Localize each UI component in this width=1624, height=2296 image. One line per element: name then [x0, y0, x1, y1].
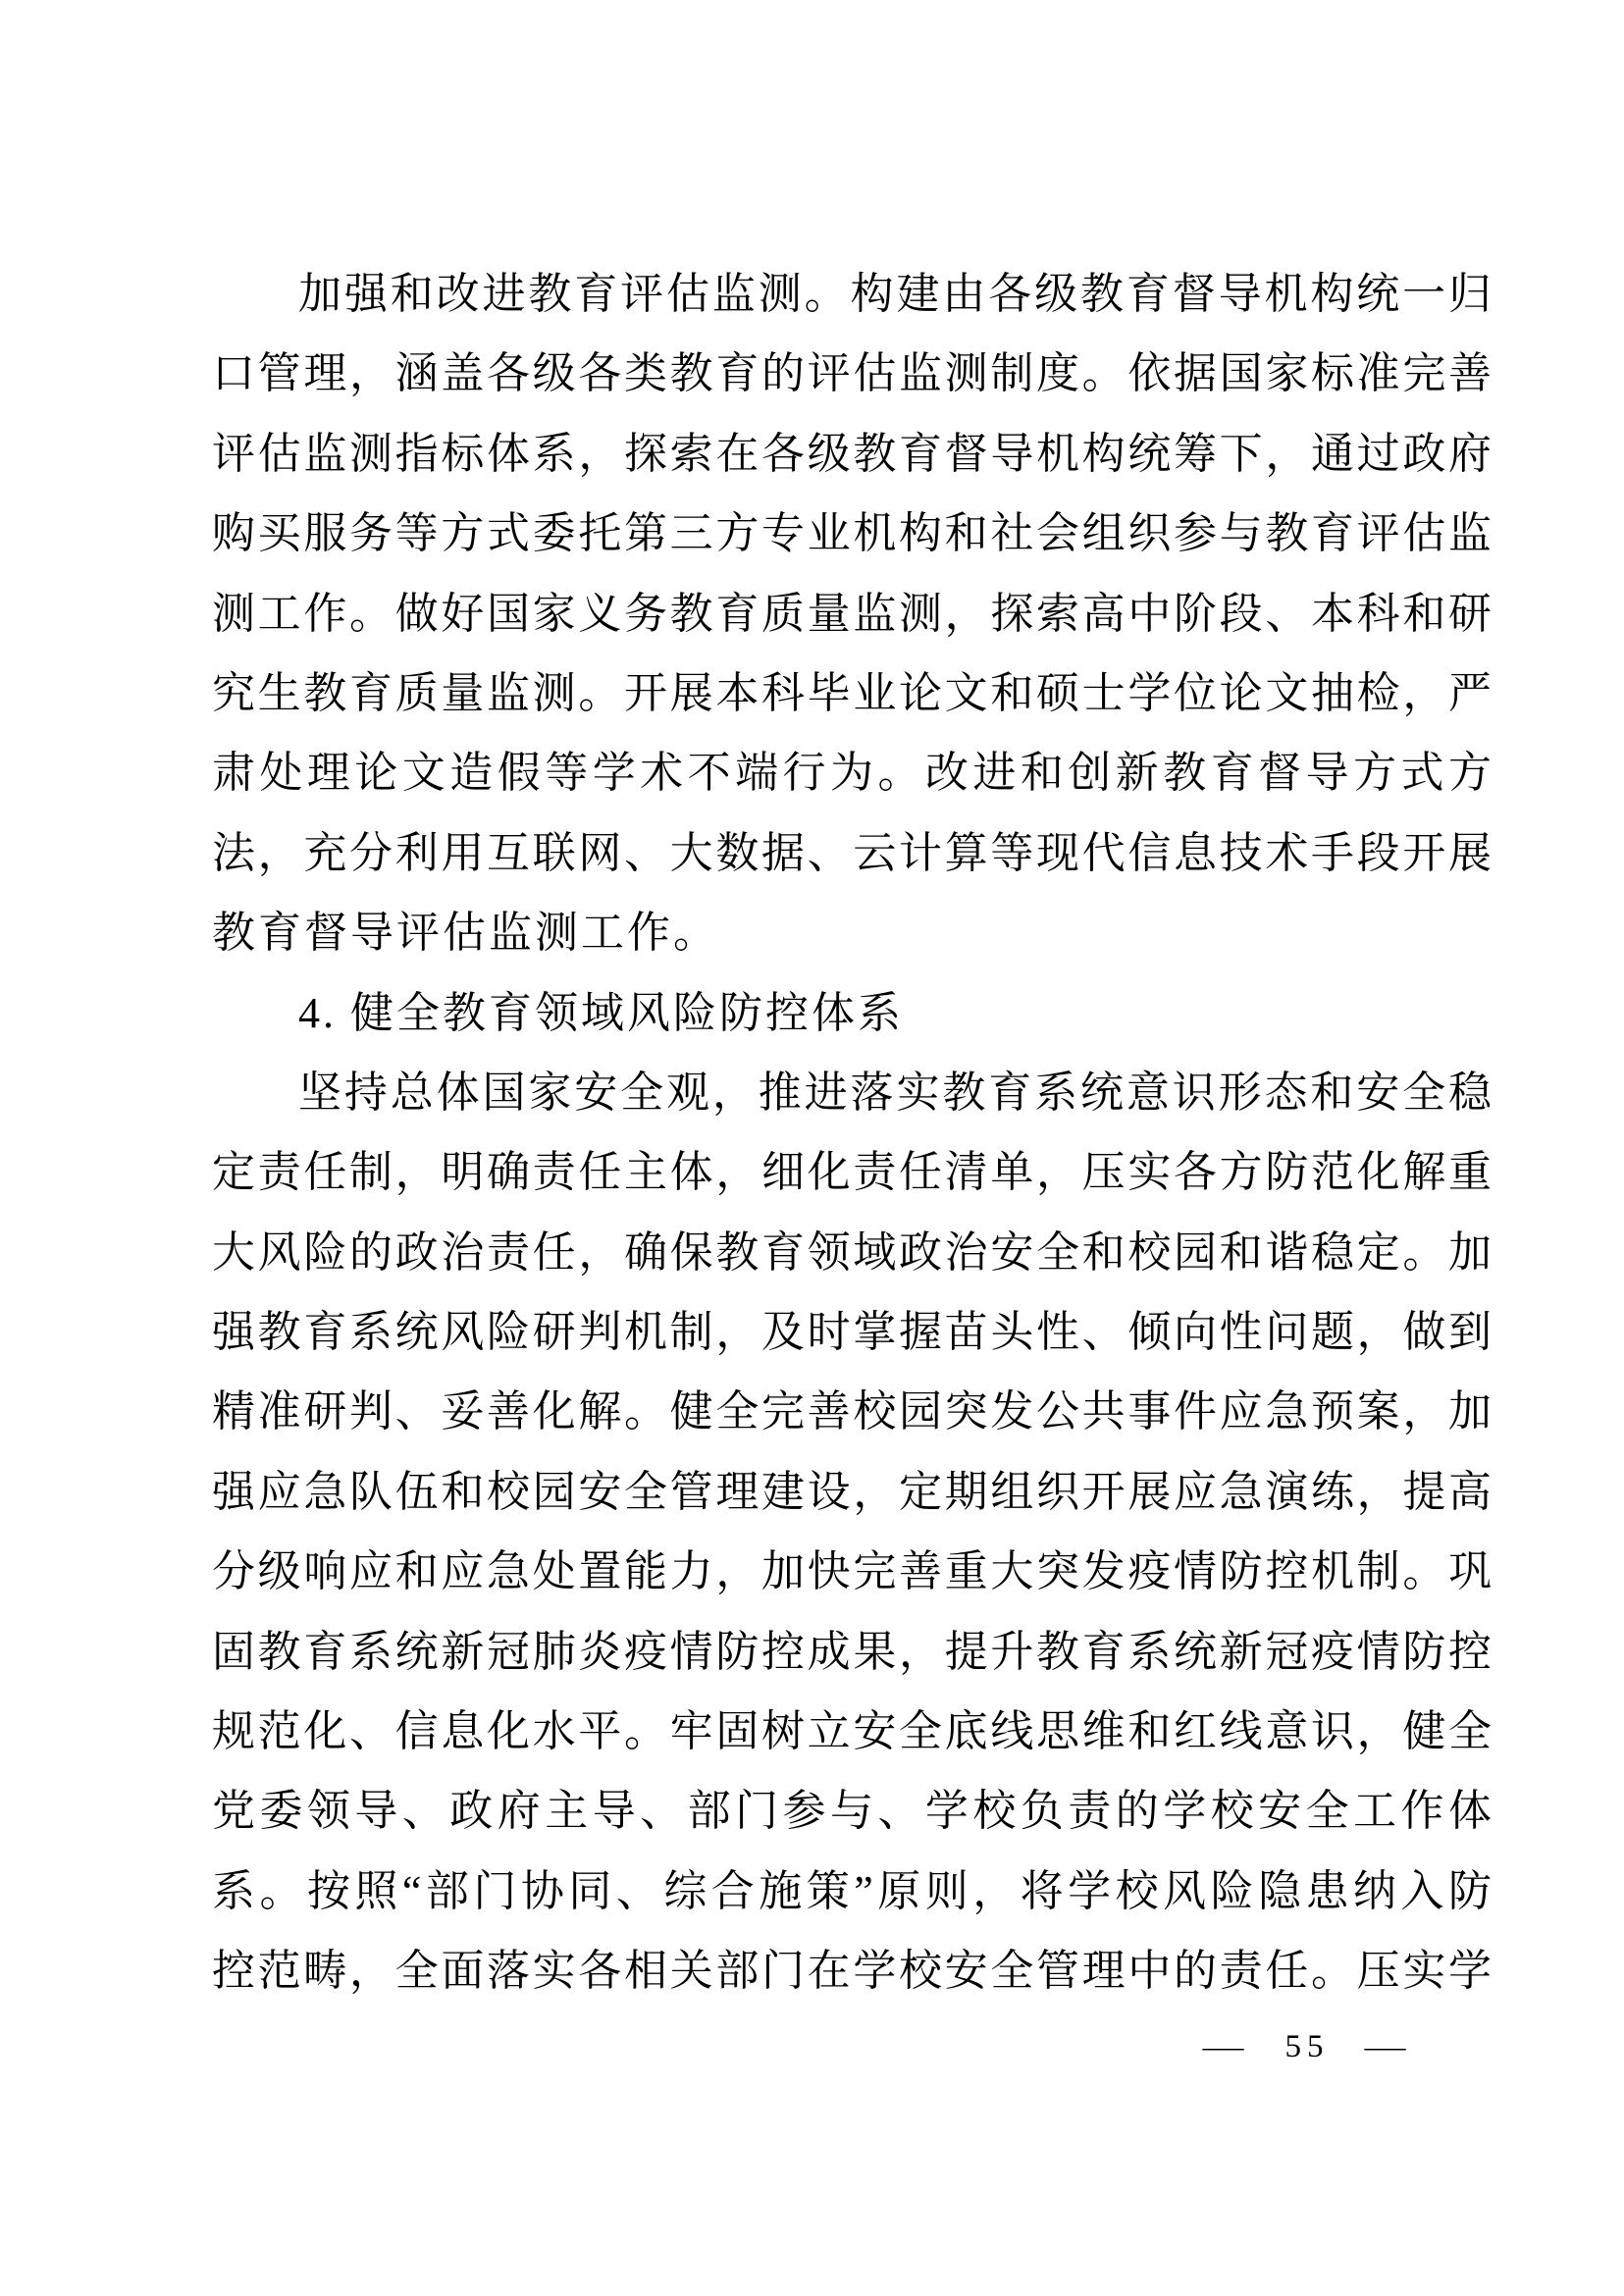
text-line: 究生教育质量监测。开展本科毕业论文和硕士学位论文抽检，严 — [212, 653, 1492, 733]
footer-right-dash: — — [1365, 2029, 1406, 2064]
text-line: 购买服务等方式委托第三方专业机构和社会组织参与教育评估监 — [212, 494, 1492, 573]
page-footer: — 55 — — [1208, 2023, 1400, 2070]
text-line: 大风险的政治责任，确保教育领域政治安全和校园和谐稳定。加 — [212, 1213, 1492, 1292]
text-line: 法，充分利用互联网、大数据、云计算等现代信息技术手段开展 — [212, 813, 1492, 893]
text-line: 规范化、信息化水平。牢固树立安全底线思维和红线意识，健全 — [212, 1692, 1492, 1771]
text-line: 精准研判、妥善化解。健全完善校园突发公共事件应急预案，加 — [212, 1372, 1492, 1451]
document-page: 加强和改进教育评估监测。构建由各级教育督导机构统一归口管理，涵盖各级各类教育的评… — [0, 0, 1624, 2296]
text-line: 党委领导、政府主导、部门参与、学校负责的学校安全工作体 — [212, 1771, 1492, 1851]
text-line: 坚持总体国家安全观，推进落实教育系统意识形态和安全稳 — [212, 1053, 1492, 1132]
text-line: 强应急队伍和校园安全管理建设，定期组织开展应急演练，提高 — [212, 1452, 1492, 1532]
heading-line: 4. 健全教育领域风险防控体系 — [212, 973, 1492, 1053]
text-line: 口管理，涵盖各级各类教育的评估监测制度。依据国家标准完善 — [212, 334, 1492, 413]
text-line: 加强和改进教育评估监测。构建由各级教育督导机构统一归 — [212, 254, 1492, 334]
text-line: 强教育系统风险研判机制，及时掌握苗头性、倾向性问题，做到 — [212, 1292, 1492, 1372]
text-line: 固教育系统新冠肺炎疫情防控成果，提升教育系统新冠疫情防控 — [212, 1612, 1492, 1692]
footer-page-number: 55 — [1280, 2029, 1330, 2065]
text-line: 系。按照“部门协同、综合施策”原则，将学校风险隐患纳入防 — [212, 1852, 1492, 1931]
text-line: 控范畴，全面落实各相关部门在学校安全管理中的责任。压实学 — [212, 1931, 1492, 2010]
text-line: 肃处理论文造假等学术不端行为。改进和创新教育督导方式方 — [212, 733, 1492, 812]
text-line: 分级响应和应急处置能力，加快完善重大突发疫情防控机制。巩 — [212, 1532, 1492, 1611]
footer-left-dash: — — [1203, 2029, 1244, 2064]
text-line: 教育督导评估监测工作。 — [212, 893, 1492, 972]
text-line: 测工作。做好国家义务教育质量监测，探索高中阶段、本科和研 — [212, 574, 1492, 653]
text-line: 评估监测指标体系，探索在各级教育督导机构统筹下，通过政府 — [212, 414, 1492, 494]
document-body: 加强和改进教育评估监测。构建由各级教育督导机构统一归口管理，涵盖各级各类教育的评… — [212, 254, 1492, 2011]
text-line: 定责任制，明确责任主体，细化责任清单，压实各方防范化解重 — [212, 1132, 1492, 1212]
